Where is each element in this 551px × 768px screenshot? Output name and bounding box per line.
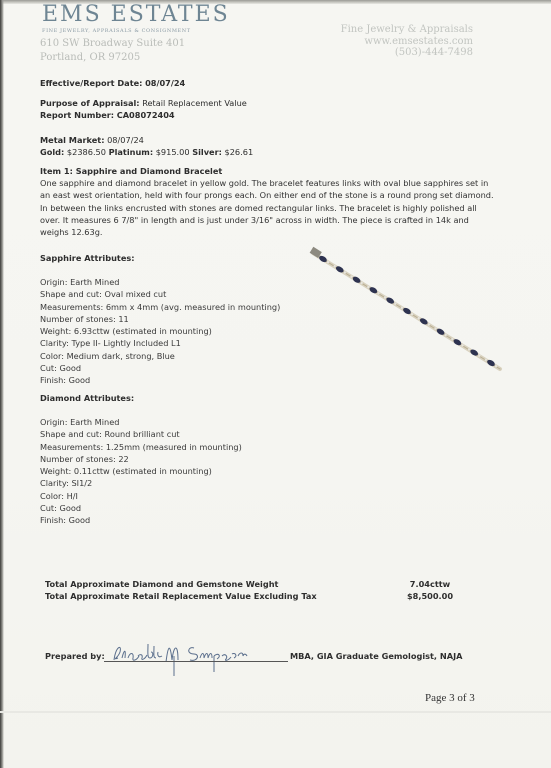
total-weight-value: 7.04cttw (405, 578, 455, 590)
sapphire-measurements: Measurements: 6mm x 4mm (avg. measured i… (40, 301, 280, 313)
appraisal-document-page: EMS ESTATES Fine Jewelry, Appraisals & C… (0, 0, 551, 768)
silver-label: Silver: (192, 147, 222, 157)
diamond-origin: Origin: Earth Mined (40, 416, 242, 428)
description-line: over. It measures 6 7/8" in length and i… (40, 214, 520, 226)
diamond-measurements: Measurements: 1.25mm (measured in mounti… (40, 441, 242, 453)
sapphire-color: Color: Medium dark, strong, Blue (40, 350, 280, 362)
scan-left-edge (0, 0, 4, 768)
silver-price: $26.61 (225, 147, 254, 157)
effective-date-label: Effective/Report Date: (40, 78, 142, 88)
description-line: In between the links encrusted with ston… (40, 202, 520, 214)
handwritten-signature: Elizabeth M Simpson (108, 638, 268, 678)
platinum-price: $915.00 (156, 147, 190, 157)
sapphire-finish: Finish: Good (40, 374, 280, 386)
sapphire-weight: Weight: 6.93cttw (estimated in mounting) (40, 325, 280, 337)
metal-market: Metal Market: 08/07/24 (40, 134, 144, 146)
effective-date-value: 08/07/24 (145, 78, 185, 88)
address-line-2: Portland, OR 97205 (40, 52, 140, 63)
gold-label: Gold: (40, 147, 64, 157)
totals-values: 7.04cttw $8,500.00 (405, 578, 455, 602)
item-description: One sapphire and diamond bracelet in yel… (40, 177, 520, 238)
description-line: an east west orientation, held with four… (40, 189, 520, 201)
sapphire-shape-cut: Shape and cut: Oval mixed cut (40, 288, 280, 300)
diamond-clarity: Clarity: SI1/2 (40, 477, 242, 489)
report-number-value: CA08072404 (117, 110, 175, 120)
purpose-of-appraisal: Purpose of Appraisal: Retail Replacement… (40, 97, 247, 109)
diamond-attributes-heading: Diamond Attributes: (40, 392, 134, 404)
page-number: Page 3 of 3 (425, 692, 475, 704)
item-title: Item 1: Sapphire and Diamond Bracelet (40, 165, 222, 177)
sapphire-stone-count: Number of stones: 11 (40, 313, 280, 325)
scan-fold-line (0, 711, 551, 713)
diamond-weight: Weight: 0.11cttw (estimated in mounting) (40, 465, 242, 477)
address-line-1: 610 SW Broadway Suite 401 (40, 38, 185, 49)
effective-date: Effective/Report Date: 08/07/24 (40, 77, 185, 89)
metal-prices: Gold: $2386.50 Platinum: $915.00 Silver:… (40, 146, 253, 158)
sapphire-attributes-heading: Sapphire Attributes: (40, 252, 135, 264)
metal-market-date: 08/07/24 (107, 135, 144, 145)
bracelet-photo (305, 245, 515, 375)
letterhead-services: Fine Jewelry & Appraisals (341, 24, 473, 35)
sapphire-cut: Cut: Good (40, 362, 280, 374)
diamond-shape-cut: Shape and cut: Round brilliant cut (40, 428, 242, 440)
purpose-label: Purpose of Appraisal: (40, 98, 140, 108)
description-line: weighs 12.63g. (40, 226, 520, 238)
total-value-value: $8,500.00 (405, 590, 455, 602)
total-weight-label: Total Approximate Diamond and Gemstone W… (45, 578, 317, 590)
sapphire-attributes-list: Origin: Earth Mined Shape and cut: Oval … (40, 276, 280, 387)
company-tagline: Fine Jewelry, Appraisals & Consignment (42, 28, 191, 34)
platinum-label: Platinum: (109, 147, 154, 157)
metal-market-label: Metal Market: (40, 135, 104, 145)
sapphire-clarity: Clarity: Type II- Lightly Included L1 (40, 337, 280, 349)
report-number-label: Report Number: (40, 110, 114, 120)
diamond-color: Color: H/I (40, 490, 242, 502)
diamond-attributes-list: Origin: Earth Mined Shape and cut: Round… (40, 416, 242, 527)
letterhead-phone: (503)-444-7498 (395, 47, 473, 58)
diamond-finish: Finish: Good (40, 514, 242, 526)
gold-price: $2386.50 (67, 147, 106, 157)
diamond-stone-count: Number of stones: 22 (40, 453, 242, 465)
totals-labels: Total Approximate Diamond and Gemstone W… (45, 578, 317, 602)
sapphire-origin: Origin: Earth Mined (40, 276, 280, 288)
report-number: Report Number: CA08072404 (40, 109, 175, 121)
purpose-value: Retail Replacement Value (142, 98, 247, 108)
prepared-by-label: Prepared by: (45, 651, 105, 661)
letterhead-website: www.emsestates.com (364, 36, 473, 47)
total-value-label: Total Approximate Retail Replacement Val… (45, 590, 317, 602)
company-logo: EMS ESTATES (42, 2, 230, 28)
signature-line (104, 661, 288, 662)
diamond-cut: Cut: Good (40, 502, 242, 514)
description-line: One sapphire and diamond bracelet in yel… (40, 177, 520, 189)
preparer-credentials: MBA, GIA Graduate Gemologist, NAJA (290, 651, 462, 661)
